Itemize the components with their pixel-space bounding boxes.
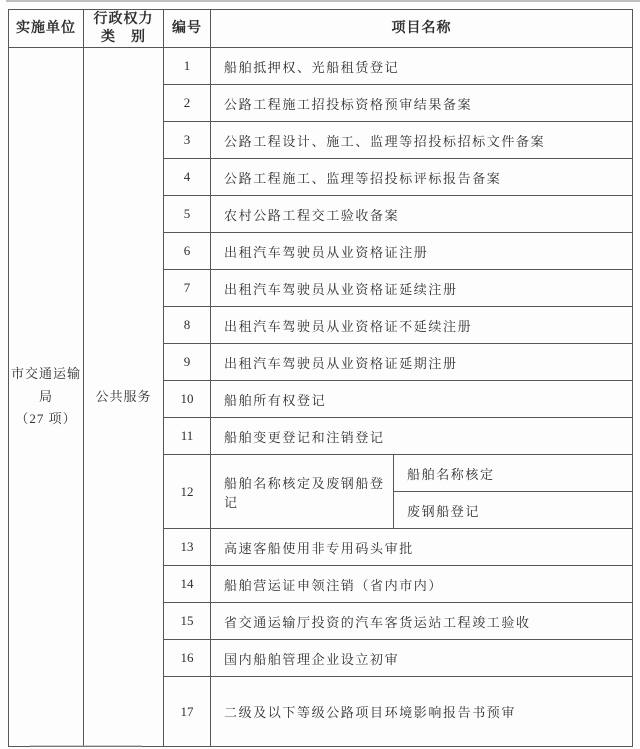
table-row: 市交通运输 局 （27 项） 公共服务 1 船舶抵押权、光船租赁登记: [9, 48, 633, 85]
row-number-cell: 10: [164, 381, 211, 418]
row-number-cell: 5: [164, 196, 211, 233]
row-number-cell: 15: [164, 603, 211, 640]
project-sub-item-cell: 船舶名称核定: [394, 455, 633, 492]
document-page: 实施单位 行政权力 类 别 编号 项目名称 市交通运输 局 （27 项） 公共服…: [0, 0, 640, 749]
project-name-cell: 船舶营运证申领注销（省内市内）: [211, 566, 633, 603]
header-implementing-unit: 实施单位: [9, 10, 84, 48]
project-name-cell: 高速客船使用非专用码头审批: [211, 529, 633, 566]
project-name-cell: 出租汽车驾驶员从业资格证延续注册: [211, 270, 633, 307]
scan-artifact-bottom: [30, 745, 142, 747]
header-number: 编号: [164, 10, 211, 48]
administrative-items-table: 实施单位 行政权力 类 别 编号 项目名称 市交通运输 局 （27 项） 公共服…: [8, 9, 633, 747]
row-number-cell: 8: [164, 307, 211, 344]
row-number-cell: 13: [164, 529, 211, 566]
project-name-cell: 出租汽车驾驶员从业资格证延期注册: [211, 344, 633, 381]
row-number-cell: 14: [164, 566, 211, 603]
project-name-cell: 公路工程设计、施工、监理等招投标招标文件备案: [211, 122, 633, 159]
row-number-cell: 2: [164, 85, 211, 122]
project-name-cell: 出租汽车驾驶员从业资格证注册: [211, 233, 633, 270]
project-name-cell: 公路工程施工招投标资格预审结果备案: [211, 85, 633, 122]
project-name-cell: 船舶变更登记和注销登记: [211, 418, 633, 455]
project-sub-item-cell: 废钢船登记: [394, 492, 633, 529]
project-name-cell: 船舶抵押权、光船租赁登记: [211, 48, 633, 85]
row-number-cell: 17: [164, 677, 211, 747]
row-number-cell: 12: [164, 455, 211, 529]
project-name-cell: 省交通运输厅投资的汽车客货运站工程竣工验收: [211, 603, 633, 640]
row-number-cell: 6: [164, 233, 211, 270]
scan-artifact-top: [6, 0, 640, 2]
row-number-cell: 1: [164, 48, 211, 85]
row-number-cell: 11: [164, 418, 211, 455]
header-project-name: 项目名称: [211, 10, 633, 48]
project-name-cell: 船舶所有权登记: [211, 381, 633, 418]
project-name-cell: 公路工程施工、监理等招投标评标报告备案: [211, 159, 633, 196]
row-number-cell: 9: [164, 344, 211, 381]
header-power-category: 行政权力 类 别: [84, 10, 164, 48]
project-name-cell: 出租汽车驾驶员从业资格证不延续注册: [211, 307, 633, 344]
row-number-cell: 7: [164, 270, 211, 307]
table-header-row: 实施单位 行政权力 类 别 编号 项目名称: [9, 10, 633, 48]
row-number-cell: 3: [164, 122, 211, 159]
project-name-cell: 农村公路工程交工验收备案: [211, 196, 633, 233]
project-name-cell: 船舶名称核定及废钢船登记: [211, 455, 394, 529]
project-name-cell: 二级及以下等级公路项目环境影响报告书预审: [211, 677, 633, 747]
unit-cell: 市交通运输 局 （27 项）: [9, 48, 84, 747]
row-number-cell: 4: [164, 159, 211, 196]
row-number-cell: 16: [164, 640, 211, 677]
project-name-cell: 国内船舶管理企业设立初审: [211, 640, 633, 677]
category-cell: 公共服务: [84, 48, 164, 747]
